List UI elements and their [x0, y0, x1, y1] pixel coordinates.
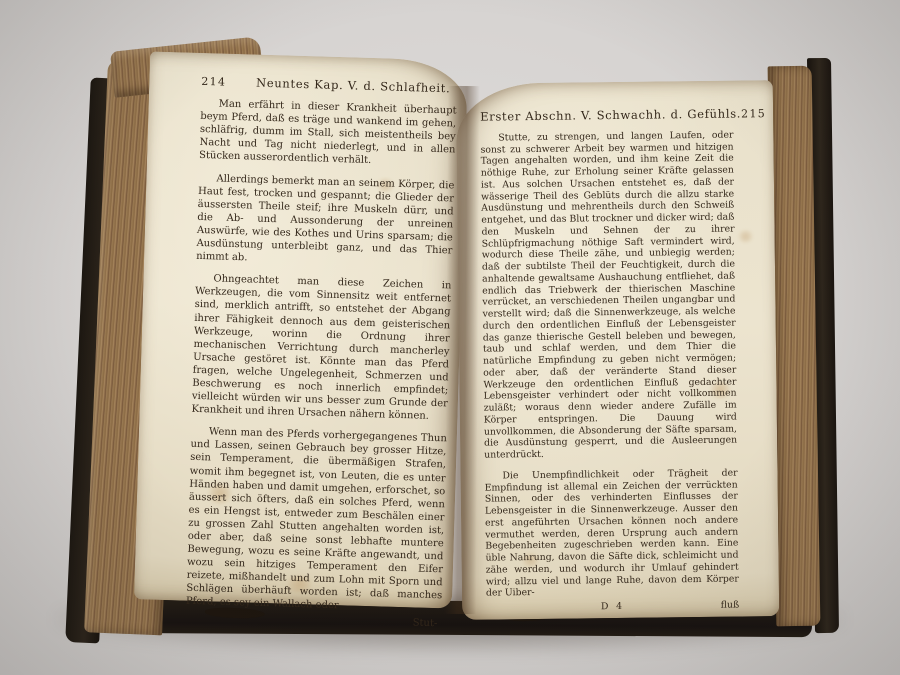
right-chapter-title: Erster Abschn. V. Schwachh. d. Gefühls.: [480, 108, 741, 123]
right-page-number: 215: [741, 108, 766, 120]
left-paragraph-2: Allerdings bemerkt man an seinem Körper,…: [196, 171, 455, 270]
right-paragraph-1: Stutte, zu strengen, und langen Laufen, …: [480, 129, 737, 461]
left-running-head: 214 Neuntes Kap. V. d. Schlafheit.: [201, 75, 457, 96]
foxing-spot: [738, 230, 754, 242]
right-catchword: fluß: [624, 600, 739, 613]
left-paragraph-4: Wenn man des Pferds vorhergegangenes Thu…: [186, 425, 447, 616]
signature-mark: D 4: [601, 601, 624, 613]
right-running-head: Erster Abschn. V. Schwachh. d. Gefühls. …: [480, 109, 733, 124]
left-page: 214 Neuntes Kap. V. d. Schlafheit. Man e…: [134, 51, 468, 608]
signature-line: D 4 fluß: [486, 600, 739, 615]
left-paragraph-1: Man erfährt in dieser Krankheit überhaup…: [199, 97, 457, 170]
right-page: Erster Abschn. V. Schwachh. d. Gefühls. …: [456, 80, 780, 620]
left-page-number: 214: [201, 75, 249, 90]
photo-background: 214 Neuntes Kap. V. d. Schlafheit. Man e…: [0, 0, 900, 675]
right-page-text-column: Erster Abschn. V. Schwachh. d. Gefühls. …: [480, 109, 739, 608]
right-paragraph-2: Die Unempfindlichkeit oder Trägheit der …: [484, 467, 739, 599]
left-paragraph-3: Ohngeachtet man diese Zeichen in Werkzeu…: [191, 272, 451, 424]
left-chapter-title: Neuntes Kap. V. d. Schlafheit.: [249, 76, 457, 95]
left-page-text-column: 214 Neuntes Kap. V. d. Schlafheit. Man e…: [186, 75, 457, 596]
